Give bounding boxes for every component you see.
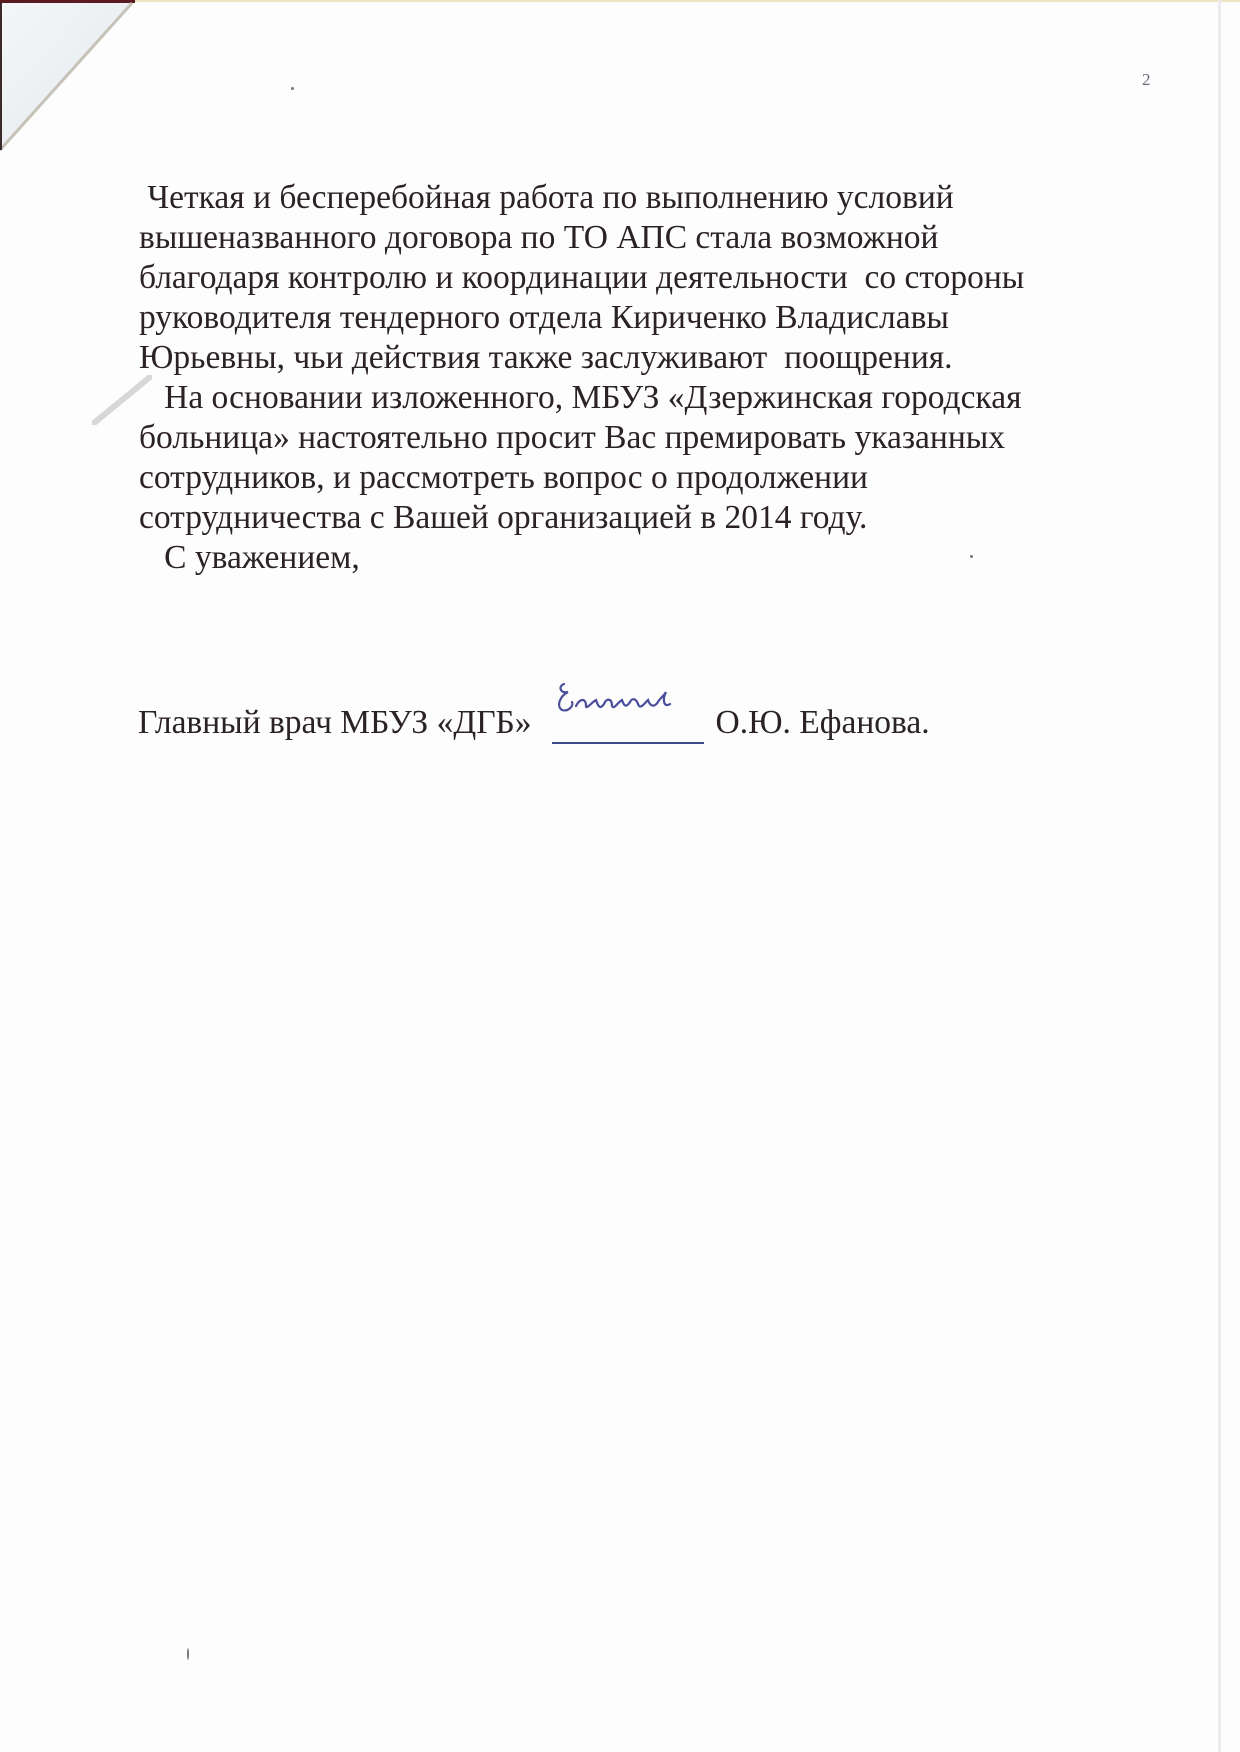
- signatory-title: Главный врач МБУЗ «ДГБ»: [138, 704, 532, 742]
- body-line: больница» настоятельно просит Вас премир…: [139, 418, 1139, 458]
- body-line: С уважением,: [139, 538, 1139, 578]
- body-line: вышеназванного договора по ТО АПС стала …: [139, 218, 1139, 258]
- page-number: 2: [1142, 70, 1151, 90]
- handwritten-signature-icon: [552, 676, 702, 726]
- scan-speck: [970, 555, 973, 558]
- body-line: На основании изложенного, МБУЗ «Дзержинс…: [139, 378, 1139, 418]
- folded-corner: [0, 0, 135, 155]
- body-line: благодаря контролю и координации деятель…: [139, 258, 1139, 298]
- body-line: сотрудников, и рассмотреть вопрос о прод…: [139, 458, 1139, 498]
- body-line: сотрудничества с Вашей организацией в 20…: [139, 498, 1139, 538]
- body-line: Четкая и бесперебойная работа по выполне…: [139, 178, 1139, 218]
- scan-speck: [291, 87, 294, 90]
- body-line: руководителя тендерного отдела Кириченко…: [139, 298, 1139, 338]
- signature-line: [552, 704, 704, 744]
- scan-top-edge-right: [135, 0, 1240, 2]
- signatory-name: О.Ю. Ефанова.: [716, 704, 930, 742]
- letter-body: Четкая и бесперебойная работа по выполне…: [139, 178, 1139, 578]
- scan-right-shadow: [1218, 0, 1221, 1752]
- body-line: Юрьевны, чьи действия также заслуживают …: [139, 338, 1139, 378]
- scan-speck: [187, 1648, 189, 1660]
- signature-block: Главный врач МБУЗ «ДГБ» О.Ю. Ефанова.: [138, 704, 930, 744]
